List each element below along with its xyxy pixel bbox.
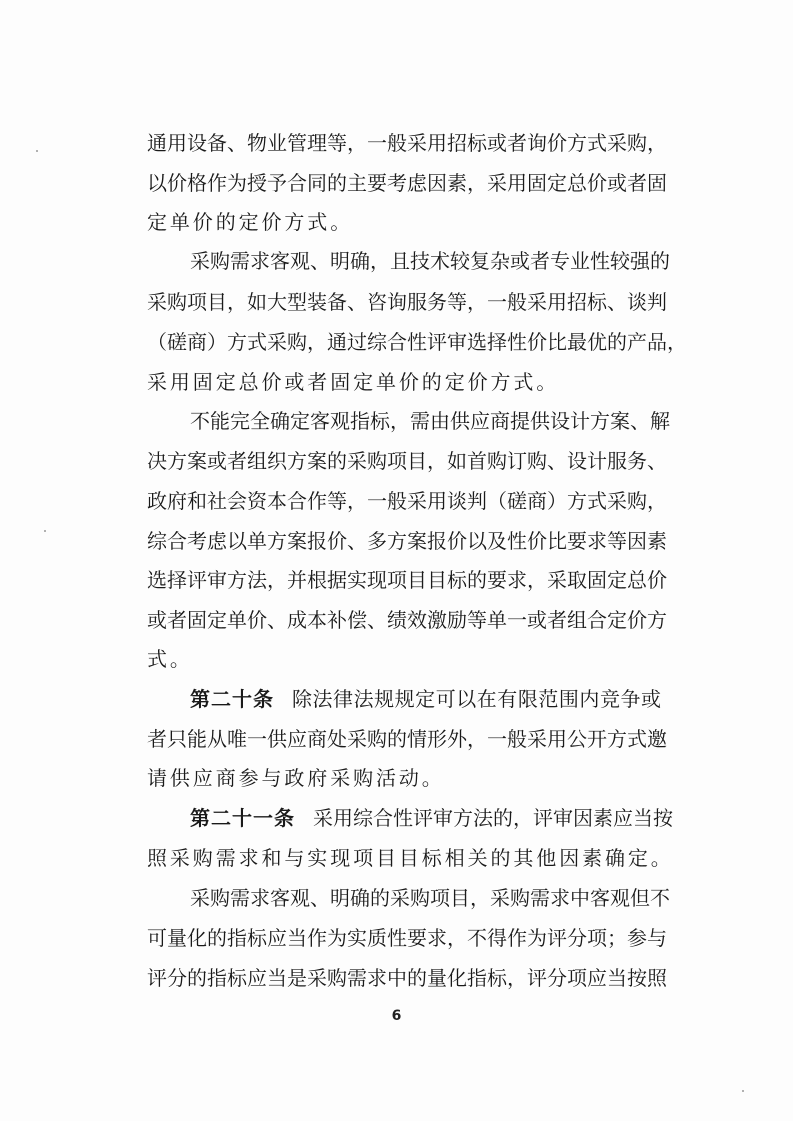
- text-line: （磋商）方式采购，通过综合性评审选择性价比最优的产品，: [147, 330, 661, 354]
- text-line: 请供应商参与政府采购活动。: [147, 766, 661, 790]
- text-line: 采购需求客观、明确的采购项目，采购需求中客观但不: [190, 886, 661, 910]
- text-line: 通用设备、物业管理等，一般采用招标或者询价方式采购，: [147, 131, 661, 155]
- scan-speck: [742, 1090, 744, 1092]
- text-line: 决方案或者组织方案的采购项目，如首购订购、设计服务、: [147, 449, 661, 473]
- text-line: 或者固定单价、成本补偿、绩效激励等单一或者组合定价方: [147, 608, 661, 632]
- article-heading: 第二十条: [190, 687, 274, 711]
- article-text: 除法律法规规定可以在有限范围内竞争或: [292, 687, 661, 711]
- document-page: 通用设备、物业管理等，一般采用招标或者询价方式采购，以价格作为授予合同的主要考虑…: [0, 0, 793, 1121]
- text-line: 不能完全确定客观指标，需由供应商提供设计方案、解: [190, 409, 661, 433]
- text-line: 以价格作为授予合同的主要考虑因素，采用固定总价或者固: [147, 171, 661, 195]
- article-line: 第二十条除法律法规规定可以在有限范围内竞争或: [190, 687, 661, 711]
- text-line: 者只能从唯一供应商处采购的情形外，一般采用公开方式邀: [147, 727, 661, 751]
- scan-speck: [44, 530, 46, 532]
- text-line: 政府和社会资本合作等，一般采用谈判（磋商）方式采购，: [147, 489, 661, 513]
- article-heading: 第二十一条: [190, 806, 295, 830]
- text-line: 综合考虑以单方案报价、多方案报价以及性价比要求等因素: [147, 529, 661, 553]
- page-number: 6: [0, 1008, 793, 1024]
- text-line: 可量化的指标应当作为实质性要求，不得作为评分项；参与: [147, 926, 661, 950]
- text-line: 选择评审方法，并根据实现项目目标的要求，采取固定总价: [147, 568, 661, 592]
- scan-speck: [36, 150, 38, 152]
- text-line: 采购项目，如大型装备、咨询服务等，一般采用招标、谈判: [147, 290, 661, 314]
- article-line: 第二十一条采用综合性评审方法的，评审因素应当按: [190, 806, 661, 830]
- text-line: 采用固定总价或者固定单价的定价方式。: [147, 370, 661, 394]
- text-line: 式。: [147, 647, 661, 671]
- text-line: 采购需求客观、明确，且技术较复杂或者专业性较强的: [190, 249, 661, 273]
- text-line: 照采购需求和与实现项目目标相关的其他因素确定。: [147, 846, 661, 870]
- article-text: 采用综合性评审方法的，评审因素应当按: [313, 806, 673, 830]
- text-line: 定单价的定价方式。: [147, 210, 661, 234]
- text-line: 评分的指标应当是采购需求中的量化指标，评分项应当按照: [147, 966, 661, 990]
